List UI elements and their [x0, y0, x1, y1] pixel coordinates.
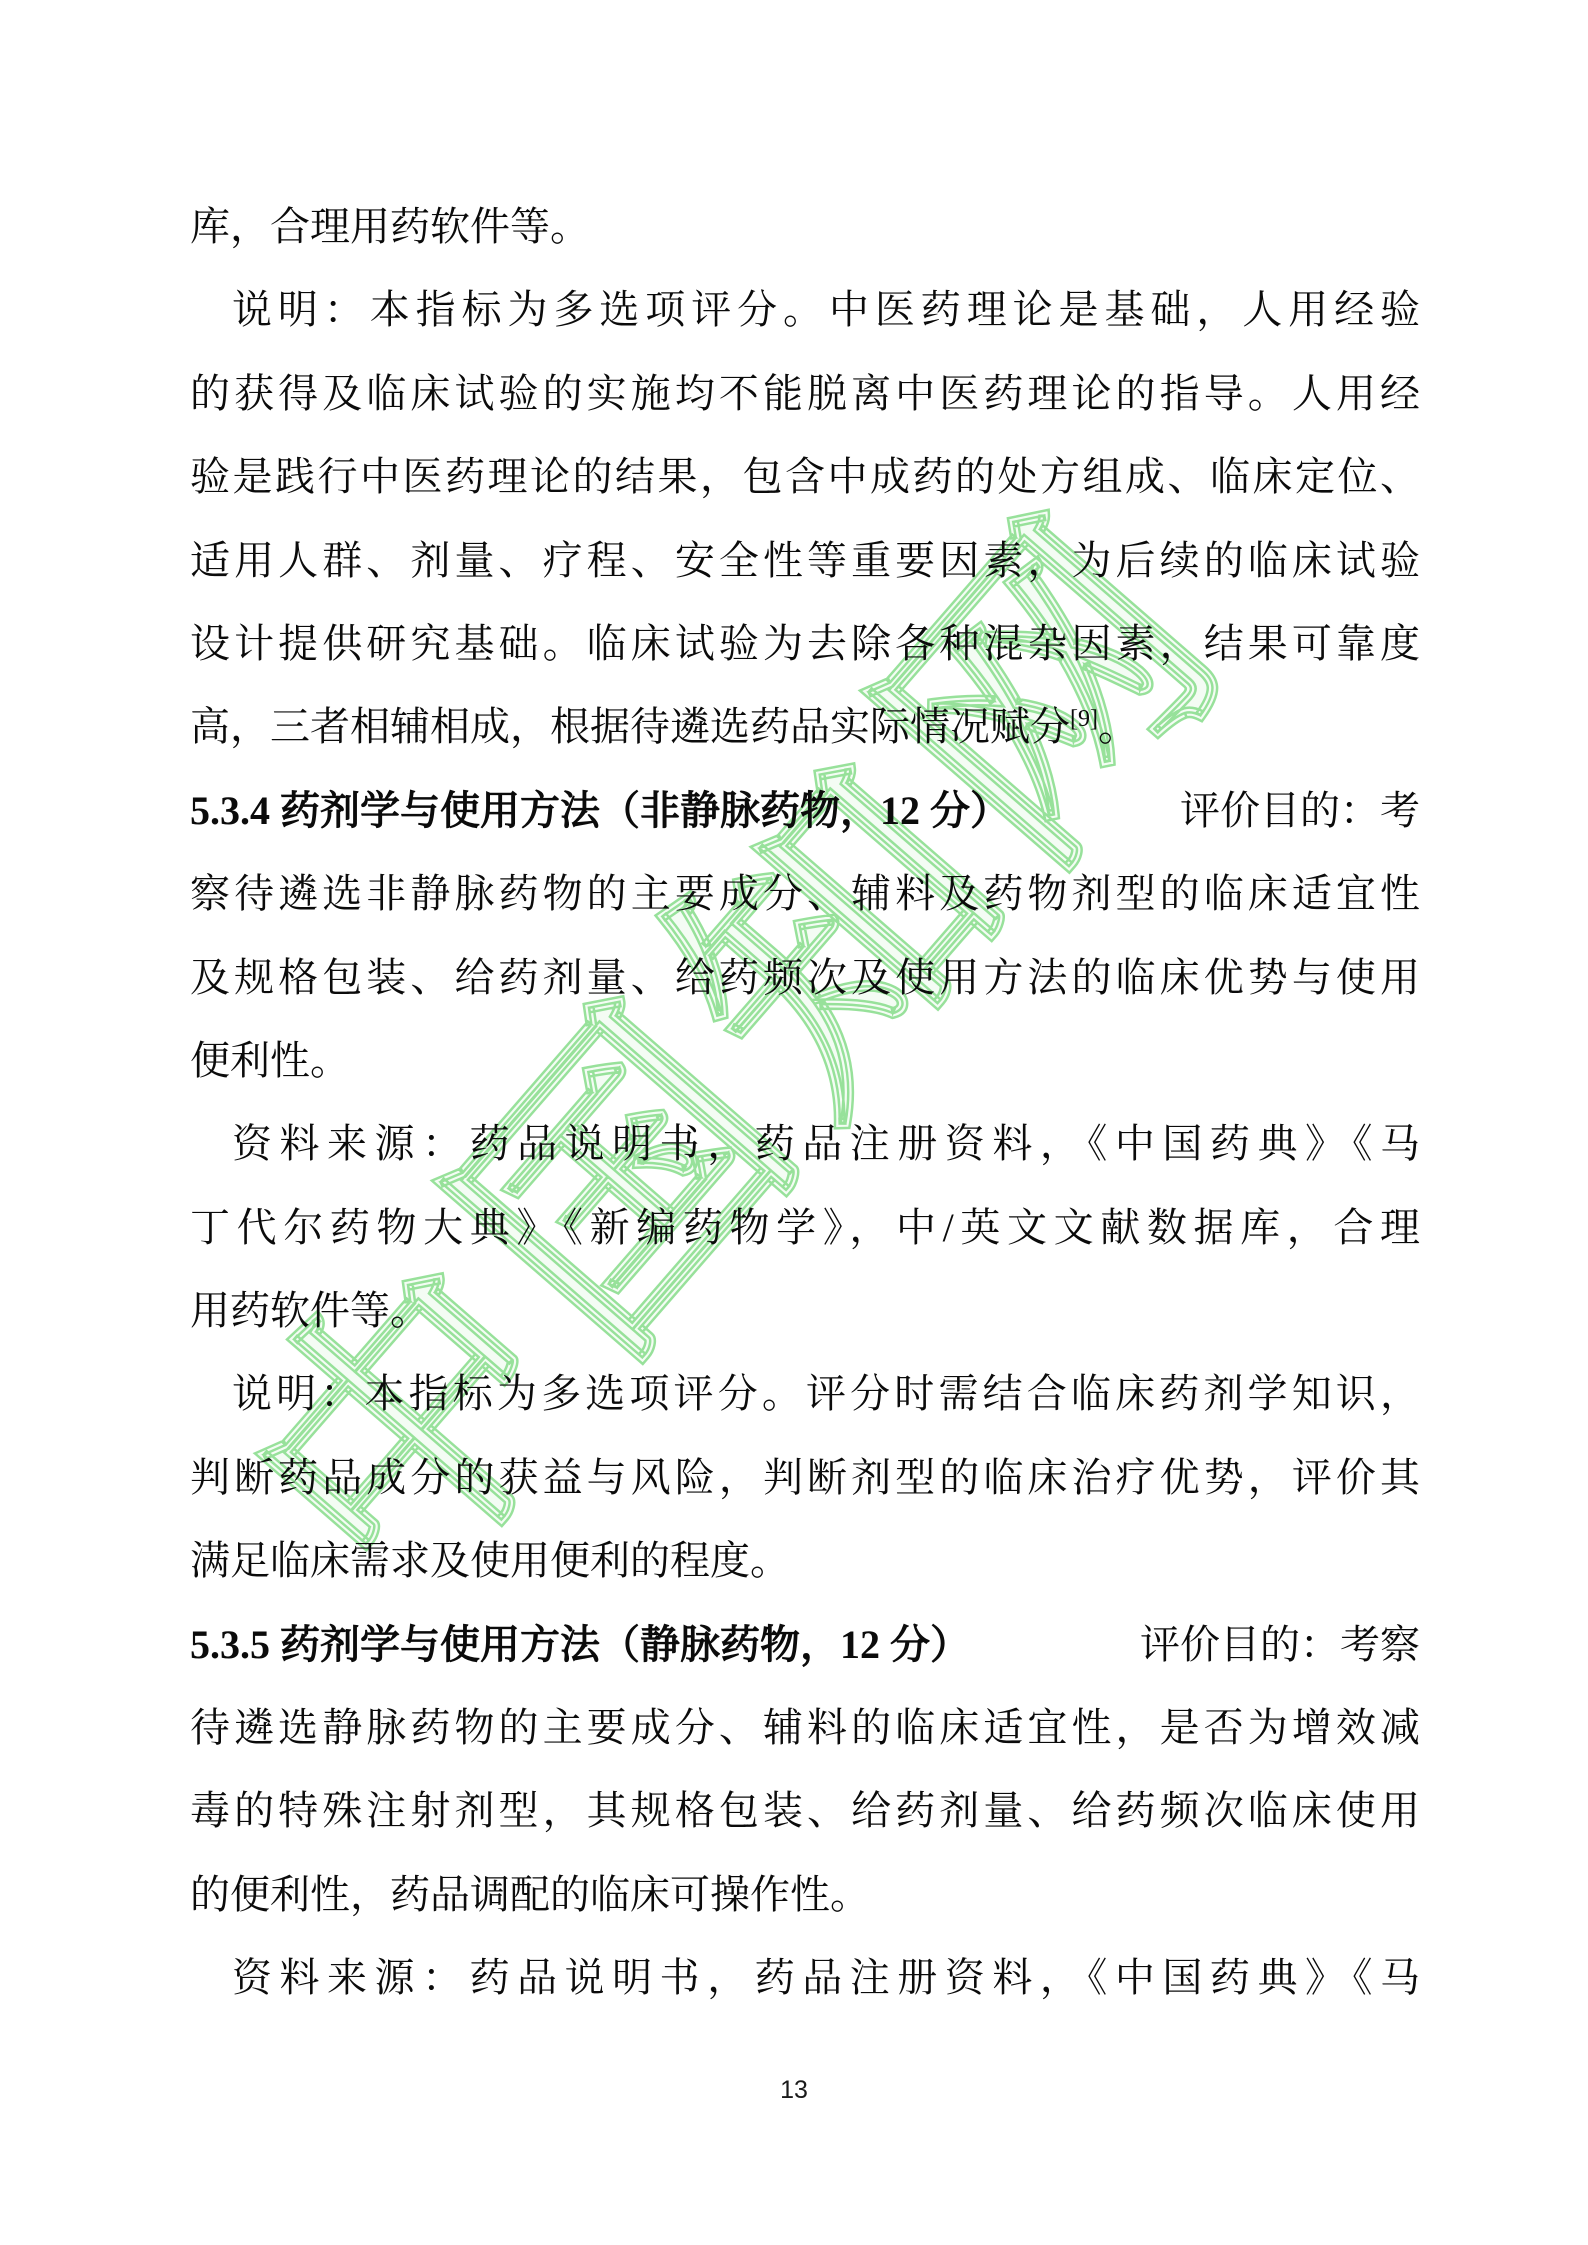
text-line: 库，合理用药软件等。: [190, 185, 1420, 268]
section-heading-5-3-5: 5.3.5 药剂学与使用方法（静脉药物，12 分） 评价目的：考察: [190, 1603, 1420, 1686]
text-line: 用药软件等。: [190, 1269, 1420, 1352]
heading-title: 5.3.5 药剂学与使用方法（静脉药物，12 分）: [190, 1603, 970, 1686]
text-line: 待遴选静脉药物的主要成分、辅料的临床适宜性，是否为增效减: [190, 1686, 1420, 1769]
text-block: 库，合理用药软件等。 说明：本指标为多选项评分。中医药理论是基础，人用经验 的获…: [190, 185, 1420, 2020]
text-line: 验是践行中医药理论的结果，包含中成药的处方组成、临床定位、: [190, 435, 1420, 518]
heading-tail-text: 评价目的：考察: [1140, 1603, 1420, 1686]
text-line: 适用人群、剂量、疗程、安全性等重要因素，为后续的临床试验: [190, 519, 1420, 602]
text-segment: 高，三者相辅相成，根据待遴选药品实际情况赋分: [190, 704, 1070, 749]
text-line: 设计提供研究基础。临床试验为去除各种混杂因素，结果可靠度: [190, 602, 1420, 685]
section-heading-5-3-4: 5.3.4 药剂学与使用方法（非静脉药物，12 分） 评价目的：考: [190, 769, 1420, 852]
text-line: 说明：本指标为多选项评分。评分时需结合临床药剂学知识，: [190, 1352, 1420, 1435]
text-line: 说明：本指标为多选项评分。中医药理论是基础，人用经验: [190, 268, 1420, 351]
text-line: 判断药品成分的获益与风险，判断剂型的临床治疗优势，评价其: [190, 1436, 1420, 1519]
heading-title: 5.3.4 药剂学与使用方法（非静脉药物，12 分）: [190, 769, 1010, 852]
text-line-with-citation: 高，三者相辅相成，根据待遴选药品实际情况赋分[9]。: [190, 685, 1420, 768]
text-line: 便利性。: [190, 1019, 1420, 1102]
document-page: 中国知网 库，合理用药软件等。 说明：本指标为多选项评分。中医药理论是基础，人用…: [0, 0, 1588, 2245]
text-segment: 。: [1098, 704, 1138, 749]
text-line: 丁代尔药物大典》《新编药物学》，中/英文文献数据库，合理: [190, 1186, 1420, 1269]
text-line: 资料来源：药品说明书，药品注册资料，《中国药典》《马: [190, 1102, 1420, 1185]
text-line: 的便利性，药品调配的临床可操作性。: [190, 1853, 1420, 1936]
text-line: 资料来源：药品说明书，药品注册资料，《中国药典》《马: [190, 1936, 1420, 2019]
text-line: 满足临床需求及使用便利的程度。: [190, 1519, 1420, 1602]
text-line: 及规格包装、给药剂量、给药频次及使用方法的临床优势与使用: [190, 936, 1420, 1019]
heading-tail-text: 评价目的：考: [1180, 769, 1420, 852]
text-line: 毒的特殊注射剂型，其规格包装、给药剂量、给药频次临床使用: [190, 1769, 1420, 1852]
citation-superscript: [9]: [1070, 706, 1098, 732]
page-number: 13: [0, 2076, 1588, 2105]
text-line: 的获得及临床试验的实施均不能脱离中医药理论的指导。人用经: [190, 352, 1420, 435]
text-line: 察待遴选非静脉药物的主要成分、辅料及药物剂型的临床适宜性: [190, 852, 1420, 935]
